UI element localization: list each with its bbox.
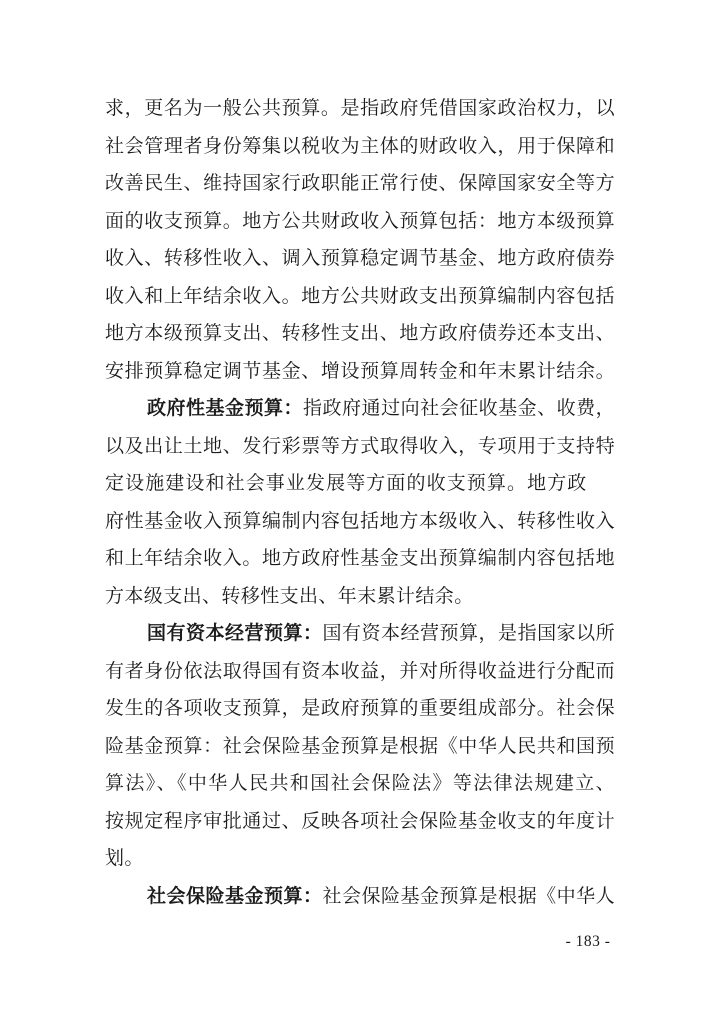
text-line: 收入和上年结余收入。地方公共财政支出预算编制内容包括 [105,278,615,316]
text-line: 面的收支预算。地方公共财政收入预算包括：地方本级预算 [105,203,615,241]
text-line: 地方本级预算支出、转移性支出、地方政府债券还本支出、 [105,315,615,353]
text-line: 府性基金收入预算编制内容包括地方本级收入、转移性收入 [105,503,615,541]
text-line: 发生的各项收支预算，是政府预算的重要组成部分。社会保 [105,690,615,728]
text-line: 险基金预算：社会保险基金预算是根据《中华人民共和国预 [105,728,615,766]
text-line: 改善民生、维持国家行政职能正常行使、保障国家安全等方 [105,165,615,203]
text-line: 定设施建设和社会事业发展等方面的收支预算。地方政 [105,465,615,503]
text-line: 以及出让土地、发行彩票等方式取得收入，专项用于支持特 [105,428,615,466]
text-line: 求，更名为一般公共预算。是指政府凭借国家政治权力，以 [105,90,615,128]
paragraph-label-social-insurance-budget: 社会保险基金预算： [147,886,323,907]
text-line: 政府性基金预算：指政府通过向社会征收基金、收费， [105,390,615,428]
text-line: 有者身份依法取得国有资本收益，并对所得收益进行分配而 [105,653,615,691]
page-number: - 183 - [540,931,636,953]
text-line: 社会管理者身份筹集以税收为主体的财政收入，用于保障和 [105,128,615,166]
text-run: 指政府通过向社会征收基金、收费， [303,398,615,419]
text-line: 方本级支出、转移性支出、年末累计结余。 [105,578,615,616]
text-line: 社会保险基金预算：社会保险基金预算是根据《中华人 [105,878,615,916]
text-line: 按规定程序审批通过、反映各项社会保险基金收支的年度计 [105,803,615,841]
document-page: 求，更名为一般公共预算。是指政府凭借国家政治权力，以 社会管理者身份筹集以税收为… [0,0,714,1010]
text-line: 划。 [105,840,615,878]
paragraph-label-government-funds-budget: 政府性基金预算： [147,398,303,419]
text-line: 安排预算稳定调节基金、增设预算周转金和年末累计结余。 [105,353,615,391]
text-line: 国有资本经营预算：国有资本经营预算，是指国家以所 [105,615,615,653]
text-run: 社会保险基金预算是根据《中华人 [323,886,615,907]
text-line: 算法》、《中华人民共和国社会保险法》等法律法规建立、 [105,765,615,803]
text-line: 和上年结余收入。地方政府性基金支出预算编制内容包括地 [105,540,615,578]
text-run: 国有资本经营预算，是指国家以所 [323,623,615,644]
body-text: 求，更名为一般公共预算。是指政府凭借国家政治权力，以 社会管理者身份筹集以税收为… [105,90,615,915]
paragraph-label-state-capital-budget: 国有资本经营预算： [147,623,323,644]
text-line: 收入、转移性收入、调入预算稳定调节基金、地方政府债券 [105,240,615,278]
